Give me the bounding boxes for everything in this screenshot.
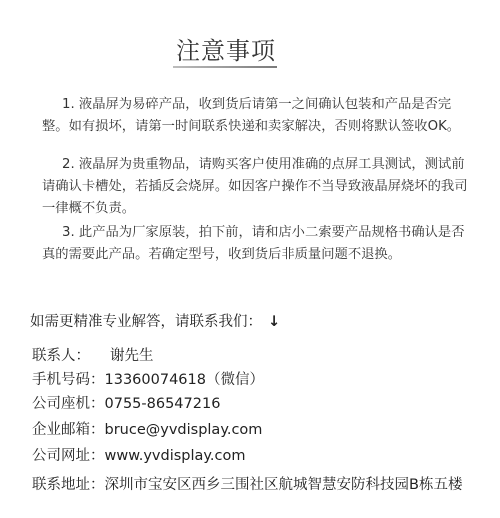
- arrow-down-icon: ↓: [268, 314, 280, 330]
- mobile-row: 手机号码：13360074618（微信）: [32, 368, 264, 389]
- notice-item-3: 3. 此产品为厂家原装，拍下前，请和店小二索要产品规格书确认是否真的需要此产品。…: [42, 222, 472, 266]
- website-row: 公司网址：www.yvdisplay.com: [32, 444, 246, 465]
- email-row: 企业邮箱：bruce@yvdisplay.com: [32, 418, 262, 439]
- email-value: bruce@yvdisplay.com: [105, 422, 263, 438]
- contact-person-row: 联系人：谢先生: [32, 344, 154, 365]
- mobile-label: 手机号码：: [32, 368, 105, 389]
- mobile-value: 13360074618（微信）: [105, 368, 264, 389]
- address-value: 深圳市宝安区西乡三围社区航城智慧安防科技园B栋五楼: [105, 473, 463, 494]
- landline-row: 公司座机：0755-86547216: [32, 392, 220, 413]
- contact-person-value: 谢先生: [110, 344, 154, 365]
- email-label: 企业邮箱：: [32, 418, 105, 439]
- landline-value: 0755-86547216: [105, 396, 221, 412]
- website-label: 公司网址：: [32, 444, 105, 465]
- title-underline: [173, 66, 277, 68]
- website-value: www.yvdisplay.com: [105, 448, 246, 464]
- address-row: 联系地址：深圳市宝安区西乡三围社区航城智慧安防科技园B栋五楼: [32, 473, 462, 494]
- address-label: 联系地址：: [32, 473, 105, 494]
- contact-prompt: 如需更精准专业解答，请联系我们：↓: [30, 310, 280, 331]
- contact-person-label: 联系人：: [32, 344, 90, 365]
- page-title: 注意事项: [176, 36, 276, 66]
- contact-prompt-text: 如需更精准专业解答，请联系我们：: [30, 314, 262, 330]
- landline-label: 公司座机：: [32, 392, 105, 413]
- notice-item-1: 1. 液晶屏为易碎产品，收到货后请第一之间确认包装和产品是否完整。如有损坏，请第…: [42, 94, 472, 138]
- notice-item-2: 2. 液晶屏为贵重物品，请购买客户使用准确的点屏工具测试，测试前请确认卡槽处，若…: [42, 154, 472, 220]
